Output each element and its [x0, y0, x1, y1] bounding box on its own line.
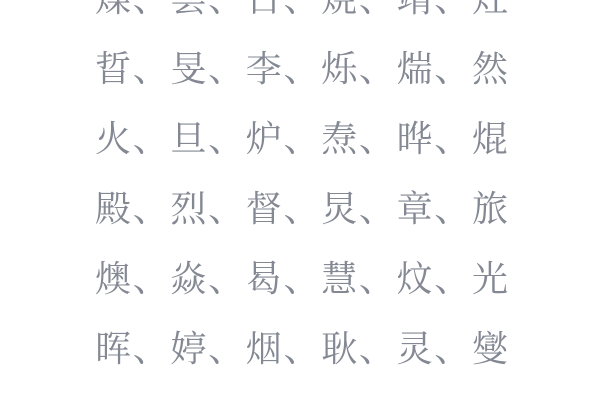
character-list: 煤、昙、日、烧、靖、灶 晢、旻、李、烁、煓、然 火、旦、炉、焘、晔、焜 殿、烈、… [95, 0, 510, 384]
character-row: 火、旦、炉、焘、晔、焜 [95, 104, 510, 174]
character-row: 殿、烈、督、炅、章、旅 [95, 174, 510, 244]
character-row: 晖、婷、烟、耿、灵、燮 [95, 314, 510, 384]
character-row: 煤、昙、日、烧、靖、灶 [95, 0, 510, 34]
character-row: 晢、旻、李、烁、煓、然 [95, 34, 510, 104]
character-row: 燠、焱、曷、慧、炆、光 [95, 244, 510, 314]
